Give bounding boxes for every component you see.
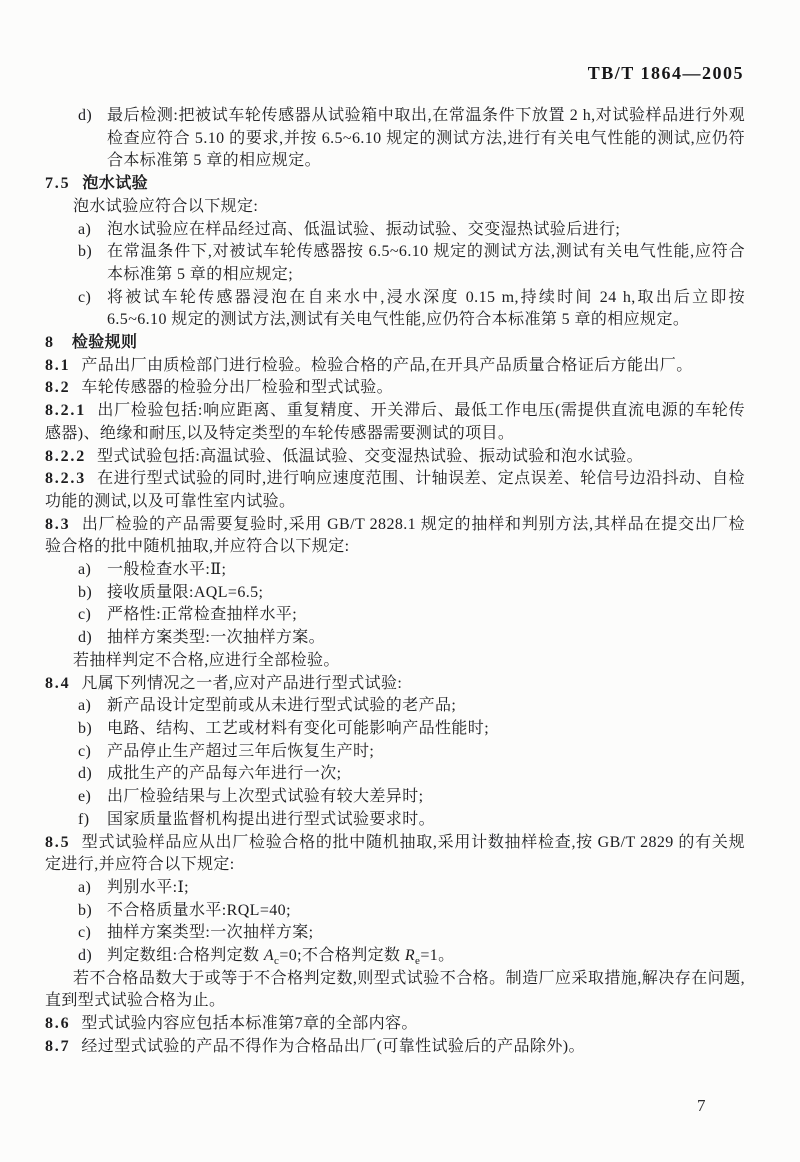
document-body: d) 最后检测:把被试车轮传感器从试验箱中取出,在常温条件下放置 2 h,对试验… bbox=[45, 105, 745, 1059]
list-item-8-3-a: a) 一般检查水平:Ⅱ; bbox=[45, 559, 745, 582]
clause-text: 经过型式试验的产品不得作为合格品出厂(可靠性试验后的产品除外)。 bbox=[81, 1038, 584, 1055]
section-heading-7-5: 7.5泡水试验 bbox=[45, 173, 745, 196]
list-item-8-4-e: e) 出厂检验结果与上次型式试验有较大差异时; bbox=[45, 786, 745, 809]
list-item-text: 电路、结构、工艺或材料有变化可能影响产品性能时; bbox=[107, 720, 489, 737]
clause-8-5: 8.5型式试验样品应从出厂检验合格的批中随机抽取,采用计数抽样检查,按 GB/T… bbox=[45, 832, 745, 877]
clause-number: 8.2.1 bbox=[45, 402, 86, 419]
clause-text: 型式试验内容应包括本标准第7章的全部内容。 bbox=[81, 1015, 417, 1032]
section-heading-8: 8检验规则 bbox=[45, 332, 745, 355]
clause-number: 8.7 bbox=[45, 1038, 70, 1055]
clause-8-4: 8.4凡属下列情况之一者,应对产品进行型式试验: bbox=[45, 673, 745, 696]
clause-8-2-1: 8.2.1出厂检验包括:响应距离、重复精度、开关滞后、最低工作电压(需提供直流电… bbox=[45, 400, 745, 445]
list-item-8-3-d: d) 抽样方案类型:一次抽样方案。 bbox=[45, 627, 745, 650]
clause-8-7: 8.7经过型式试验的产品不得作为合格品出厂(可靠性试验后的产品除外)。 bbox=[45, 1036, 745, 1059]
clause-8-1: 8.1产品出厂由质检部门进行检验。检验合格的产品,在开具产品质量合格证后方能出厂… bbox=[45, 355, 745, 378]
paragraph-8-5-note: 若不合格品数大于或等于不合格判定数,则型式试验不合格。制造厂应采取措施,解决存在… bbox=[45, 968, 745, 1013]
list-item-text: 抽样方案类型:一次抽样方案; bbox=[107, 924, 314, 941]
variable-Re: R bbox=[405, 947, 415, 964]
list-item-7-5-b: b) 在常温条件下,对被试车轮传感器按 6.5~6.10 规定的测试方法,测试有… bbox=[45, 241, 745, 286]
list-marker: f) bbox=[78, 809, 104, 832]
list-marker: d) bbox=[78, 105, 104, 128]
clause-8-2-3: 8.2.3在进行型式试验的同时,进行响应速度范围、计轴误差、定点误差、轮信号边沿… bbox=[45, 468, 745, 513]
page-number: 7 bbox=[697, 1096, 706, 1116]
section-number: 7.5 bbox=[45, 175, 70, 192]
clause-text: 在进行型式试验的同时,进行响应速度范围、计轴误差、定点误差、轮信号边沿抖动、自检… bbox=[45, 470, 745, 510]
clause-number: 8.1 bbox=[45, 357, 70, 374]
list-marker: b) bbox=[78, 241, 104, 264]
list-item-8-5-d: d) 判定数组:合格判定数 Ac=0;不合格判定数 Re=1。 bbox=[45, 945, 745, 968]
clause-number: 8.2.3 bbox=[45, 470, 86, 487]
list-marker: a) bbox=[78, 219, 104, 242]
list-marker: a) bbox=[78, 559, 104, 582]
clause-text: 型式试验包括:高温试验、低温试验、交变湿热试验、振动试验和泡水试验。 bbox=[97, 448, 643, 465]
list-item-text: 产品停止生产超过三年后恢复生产时; bbox=[107, 743, 374, 760]
list-item-7-5-a: a) 泡水试验应在样品经过高、低温试验、振动试验、交变湿热试验后进行; bbox=[45, 219, 745, 242]
list-item-text: 新产品设计定型前或从未进行型式试验的老产品; bbox=[107, 697, 456, 714]
clause-8-2-2: 8.2.2型式试验包括:高温试验、低温试验、交变湿热试验、振动试验和泡水试验。 bbox=[45, 446, 745, 469]
list-marker: c) bbox=[78, 604, 104, 627]
clause-number: 8.5 bbox=[45, 834, 70, 851]
list-item-8-3-b: b) 接收质量限:AQL=6.5; bbox=[45, 582, 745, 605]
section-title: 检验规则 bbox=[72, 334, 138, 351]
list-item-text: 在常温条件下,对被试车轮传感器按 6.5~6.10 规定的测试方法,测试有关电气… bbox=[107, 243, 745, 283]
list-item-text: 最后检测:把被试车轮传感器从试验箱中取出,在常温条件下放置 2 h,对试验样品进… bbox=[107, 107, 745, 169]
list-item-d-final-check: d) 最后检测:把被试车轮传感器从试验箱中取出,在常温条件下放置 2 h,对试验… bbox=[45, 105, 745, 173]
list-item-8-4-d: d) 成批生产的产品每六年进行一次; bbox=[45, 763, 745, 786]
list-marker: a) bbox=[78, 877, 104, 900]
list-item-text: 抽样方案类型:一次抽样方案。 bbox=[107, 629, 325, 646]
list-item-8-4-b: b) 电路、结构、工艺或材料有变化可能影响产品性能时; bbox=[45, 718, 745, 741]
list-item-7-5-c: c) 将被试车轮传感器浸泡在自来水中,浸水深度 0.15 m,持续时间 24 h… bbox=[45, 287, 745, 332]
list-marker: c) bbox=[78, 287, 104, 310]
list-item-text: 泡水试验应在样品经过高、低温试验、振动试验、交变湿热试验后进行; bbox=[107, 221, 620, 238]
clause-number: 8.2.2 bbox=[45, 448, 86, 465]
standard-number-header: TB/T 1864—2005 bbox=[588, 63, 744, 84]
list-marker: b) bbox=[78, 900, 104, 923]
list-marker: e) bbox=[78, 786, 104, 809]
variable-Ac: A bbox=[264, 947, 274, 964]
list-item-8-3-c: c) 严格性:正常检查抽样水平; bbox=[45, 604, 745, 627]
list-item-text-with-formula: 判定数组:合格判定数 Ac=0;不合格判定数 Re=1。 bbox=[107, 947, 455, 964]
list-item-8-5-b: b) 不合格质量水平:RQL=40; bbox=[45, 900, 745, 923]
clause-text: 车轮传感器的检验分出厂检验和型式试验。 bbox=[81, 379, 393, 396]
clause-number: 8.2 bbox=[45, 379, 70, 396]
list-item-text: 一般检查水平:Ⅱ; bbox=[107, 561, 226, 578]
list-item-text: 将被试车轮传感器浸泡在自来水中,浸水深度 0.15 m,持续时间 24 h,取出… bbox=[107, 289, 745, 329]
clause-text: 型式试验样品应从出厂检验合格的批中随机抽取,采用计数抽样检查,按 GB/T 28… bbox=[45, 834, 745, 874]
list-marker: d) bbox=[78, 627, 104, 650]
clause-8-2: 8.2车轮传感器的检验分出厂检验和型式试验。 bbox=[45, 377, 745, 400]
clause-8-3: 8.3出厂检验的产品需要复验时,采用 GB/T 2828.1 规定的抽样和判别方… bbox=[45, 514, 745, 559]
clause-text: 产品出厂由质检部门进行检验。检验合格的产品,在开具产品质量合格证后方能出厂。 bbox=[81, 357, 692, 374]
list-item-text: 严格性:正常检查抽样水平; bbox=[107, 606, 297, 623]
paragraph-8-3-note: 若抽样判定不合格,应进行全部检验。 bbox=[45, 650, 745, 673]
list-item-8-5-a: a) 判别水平:Ⅰ; bbox=[45, 877, 745, 900]
list-item-text: 接收质量限:AQL=6.5; bbox=[107, 584, 263, 601]
list-marker: b) bbox=[78, 718, 104, 741]
list-item-text: 国家质量监督机构提出进行型式试验要求时。 bbox=[107, 811, 435, 828]
list-item-8-4-f: f) 国家质量监督机构提出进行型式试验要求时。 bbox=[45, 809, 745, 832]
clause-number: 8.3 bbox=[45, 516, 70, 533]
list-item-text: 判别水平:Ⅰ; bbox=[107, 879, 189, 896]
clause-text: 出厂检验包括:响应距离、重复精度、开关滞后、最低工作电压(需提供直流电源的车轮传… bbox=[45, 402, 745, 442]
list-marker: d) bbox=[78, 945, 104, 968]
clause-text: 出厂检验的产品需要复验时,采用 GB/T 2828.1 规定的抽样和判别方法,其… bbox=[45, 516, 745, 556]
section-number: 8 bbox=[45, 334, 55, 351]
paragraph-7-5-intro: 泡水试验应符合以下规定: bbox=[45, 196, 745, 219]
list-marker: b) bbox=[78, 582, 104, 605]
clause-number: 8.4 bbox=[45, 675, 70, 692]
list-item-8-4-c: c) 产品停止生产超过三年后恢复生产时; bbox=[45, 741, 745, 764]
list-item-8-5-c: c) 抽样方案类型:一次抽样方案; bbox=[45, 922, 745, 945]
list-marker: c) bbox=[78, 741, 104, 764]
section-title: 泡水试验 bbox=[82, 175, 148, 192]
clause-8-6: 8.6型式试验内容应包括本标准第7章的全部内容。 bbox=[45, 1013, 745, 1036]
clause-number: 8.6 bbox=[45, 1015, 70, 1032]
list-marker: c) bbox=[78, 922, 104, 945]
list-marker: d) bbox=[78, 763, 104, 786]
list-item-8-4-a: a) 新产品设计定型前或从未进行型式试验的老产品; bbox=[45, 695, 745, 718]
list-item-text: 出厂检验结果与上次型式试验有较大差异时; bbox=[107, 788, 423, 805]
list-item-text: 不合格质量水平:RQL=40; bbox=[107, 902, 291, 919]
list-item-text: 成批生产的产品每六年进行一次; bbox=[107, 765, 341, 782]
list-marker: a) bbox=[78, 695, 104, 718]
clause-text: 凡属下列情况之一者,应对产品进行型式试验: bbox=[81, 675, 402, 692]
